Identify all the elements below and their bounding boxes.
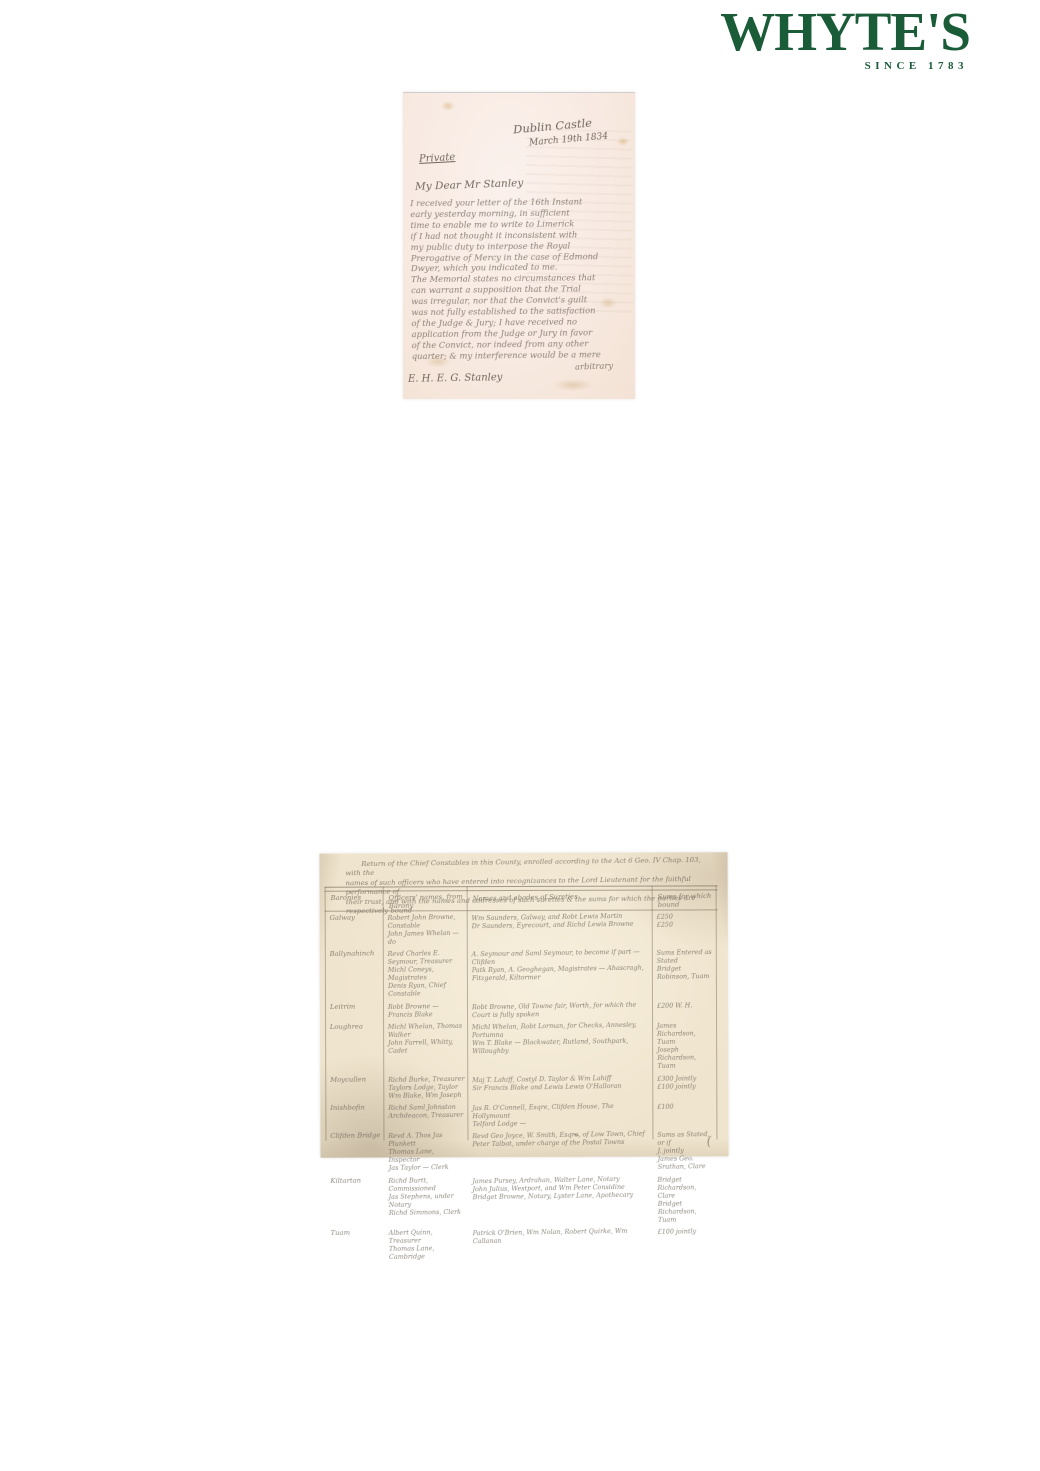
cell-sureties: James Pursey, Ardrahan, Walter Lane, Not… xyxy=(467,1173,653,1225)
cell-sureties: Patrick O'Brien, Wm Nolan, Robert Quirke… xyxy=(468,1226,654,1262)
table-column-headers: Baronies Officers' names, from Barony Na… xyxy=(325,890,716,909)
cell-sureties: Michl Whelan, Robt Lorman, for Checks, A… xyxy=(467,1020,653,1072)
letter-document-image[interactable]: Dublin Castle March 19th 1834 Private My… xyxy=(403,92,635,399)
cell-sureties: Robt Browne, Old Towne fair, Worth, for … xyxy=(467,999,652,1019)
cell-amount: £100 jointly xyxy=(653,1226,718,1260)
cell-barony: Kiltartan xyxy=(325,1175,384,1225)
table-row: Moycullen Richd Burke, Treasurer Taylors… xyxy=(325,1073,716,1100)
cell-sureties: Maj T. Lahiff, Costyl D. Taylor & Wm Lah… xyxy=(467,1072,652,1100)
cell-officers: Richd Burke, Treasurer Taylors Lodge, Ta… xyxy=(383,1073,467,1100)
cell-officers: Albert Quinn, Treasurer Thomas Lane, Cam… xyxy=(384,1227,469,1262)
cell-amount: James Richardson, Tuam Joseph Richardson… xyxy=(652,1020,717,1071)
column-header-sureties: Names and abodes of Sureties xyxy=(466,889,651,911)
table-row: Ballynahinch Revd Charles E. Seymour, Tr… xyxy=(325,948,716,999)
column-header-baronies: Baronies xyxy=(324,891,382,910)
catalogue-page: WHYTE'S SINCE 1783 Dublin Castle March 1… xyxy=(0,0,1040,1471)
stain-spot xyxy=(441,101,455,111)
cell-officers: Revd A. Thos Jas Plunkett Thomas Lane, I… xyxy=(383,1130,468,1173)
cell-sureties: Revd Geo Joyce, W. Smith, Esqre, of Low … xyxy=(467,1129,653,1173)
cell-barony: Clifden Bridge xyxy=(325,1130,384,1172)
table-row: Loughrea Michl Whelan, Thomas Walker Joh… xyxy=(325,1020,716,1071)
table-row: Tuam Albert Quinn, Treasurer Thomas Lane… xyxy=(326,1227,717,1262)
letter-body-text: I received your letter of the 16th Insta… xyxy=(410,196,631,362)
cell-officers: Richd Saml Johnston Archdeacon, Treasure… xyxy=(383,1102,467,1129)
cell-amount: £100 xyxy=(652,1101,716,1127)
cell-sureties: Jas R. O'Connell, Esqre, Clifden House, … xyxy=(467,1100,652,1128)
cell-officers: Robert John Browne, Constable John James… xyxy=(382,912,467,947)
cell-officers: Michl Whelan, Thomas Walker John Farrell… xyxy=(383,1021,468,1072)
cell-officers: Revd Charles E. Seymour, Treasurer Michl… xyxy=(383,948,468,999)
cell-amount: £250 £250 xyxy=(651,911,716,945)
logo-wordmark: WHYTE'S xyxy=(720,4,970,59)
letter-closing-word: arbitrary xyxy=(575,360,613,371)
letter-signature: E. H. E. G. Stanley xyxy=(408,372,503,385)
cell-officers: Richd Burtt, Commissioned Jas Stephens, … xyxy=(383,1174,468,1225)
table-row: Kiltartan Richd Burtt, Commissioned Jas … xyxy=(326,1174,717,1225)
cell-barony: Ballynahinch xyxy=(325,949,384,999)
cell-sureties: Wm Saunders, Galway, and Robt Lewis Mart… xyxy=(466,910,652,946)
letter-salutation: My Dear Mr Stanley xyxy=(415,177,524,193)
cell-amount: Sums Entered as Stated Bridget Robinson,… xyxy=(652,947,717,998)
column-header-sums: Sums for which bound xyxy=(651,890,715,909)
letter-private-label: Private xyxy=(419,152,456,165)
cell-barony: Tuam xyxy=(326,1227,385,1261)
table-row: Inishbofin Richd Saml Johnston Archdeaco… xyxy=(325,1101,716,1128)
cell-sureties: A. Seymour and Saml Seymour, to become i… xyxy=(467,947,653,999)
cell-officers: Robt Browne — Francis Blake xyxy=(383,1001,467,1020)
table-row: Galway Robert John Browne, Constable Joh… xyxy=(325,911,716,946)
cell-barony: Leitrim xyxy=(325,1001,383,1019)
cell-amount: £200 W. H. xyxy=(652,1000,716,1018)
return-document-image[interactable]: Return of the Chief Constables in this C… xyxy=(319,852,728,1157)
cell-barony: Moycullen xyxy=(325,1074,383,1100)
column-header-officers: Officers' names, from Barony xyxy=(382,890,466,910)
cell-amount: Bridget Richardson, Clare Bridget Richar… xyxy=(652,1174,717,1225)
table-row: Clifden Bridge Revd A. Thos Jas Plunkett… xyxy=(325,1130,716,1173)
cell-barony: Inishbofin xyxy=(325,1102,383,1128)
whytes-logo[interactable]: WHYTE'S SINCE 1783 xyxy=(720,4,970,72)
cell-amount: £300 Jointly £100 jointly xyxy=(652,1073,716,1099)
cell-barony: Loughrea xyxy=(325,1021,384,1071)
table-row: Leitrim Robt Browne — Francis Blake Robt… xyxy=(325,1000,716,1019)
cell-barony: Galway xyxy=(324,912,383,946)
table-body: Galway Robert John Browne, Constable Joh… xyxy=(325,911,717,1264)
stain-spot xyxy=(553,379,593,391)
